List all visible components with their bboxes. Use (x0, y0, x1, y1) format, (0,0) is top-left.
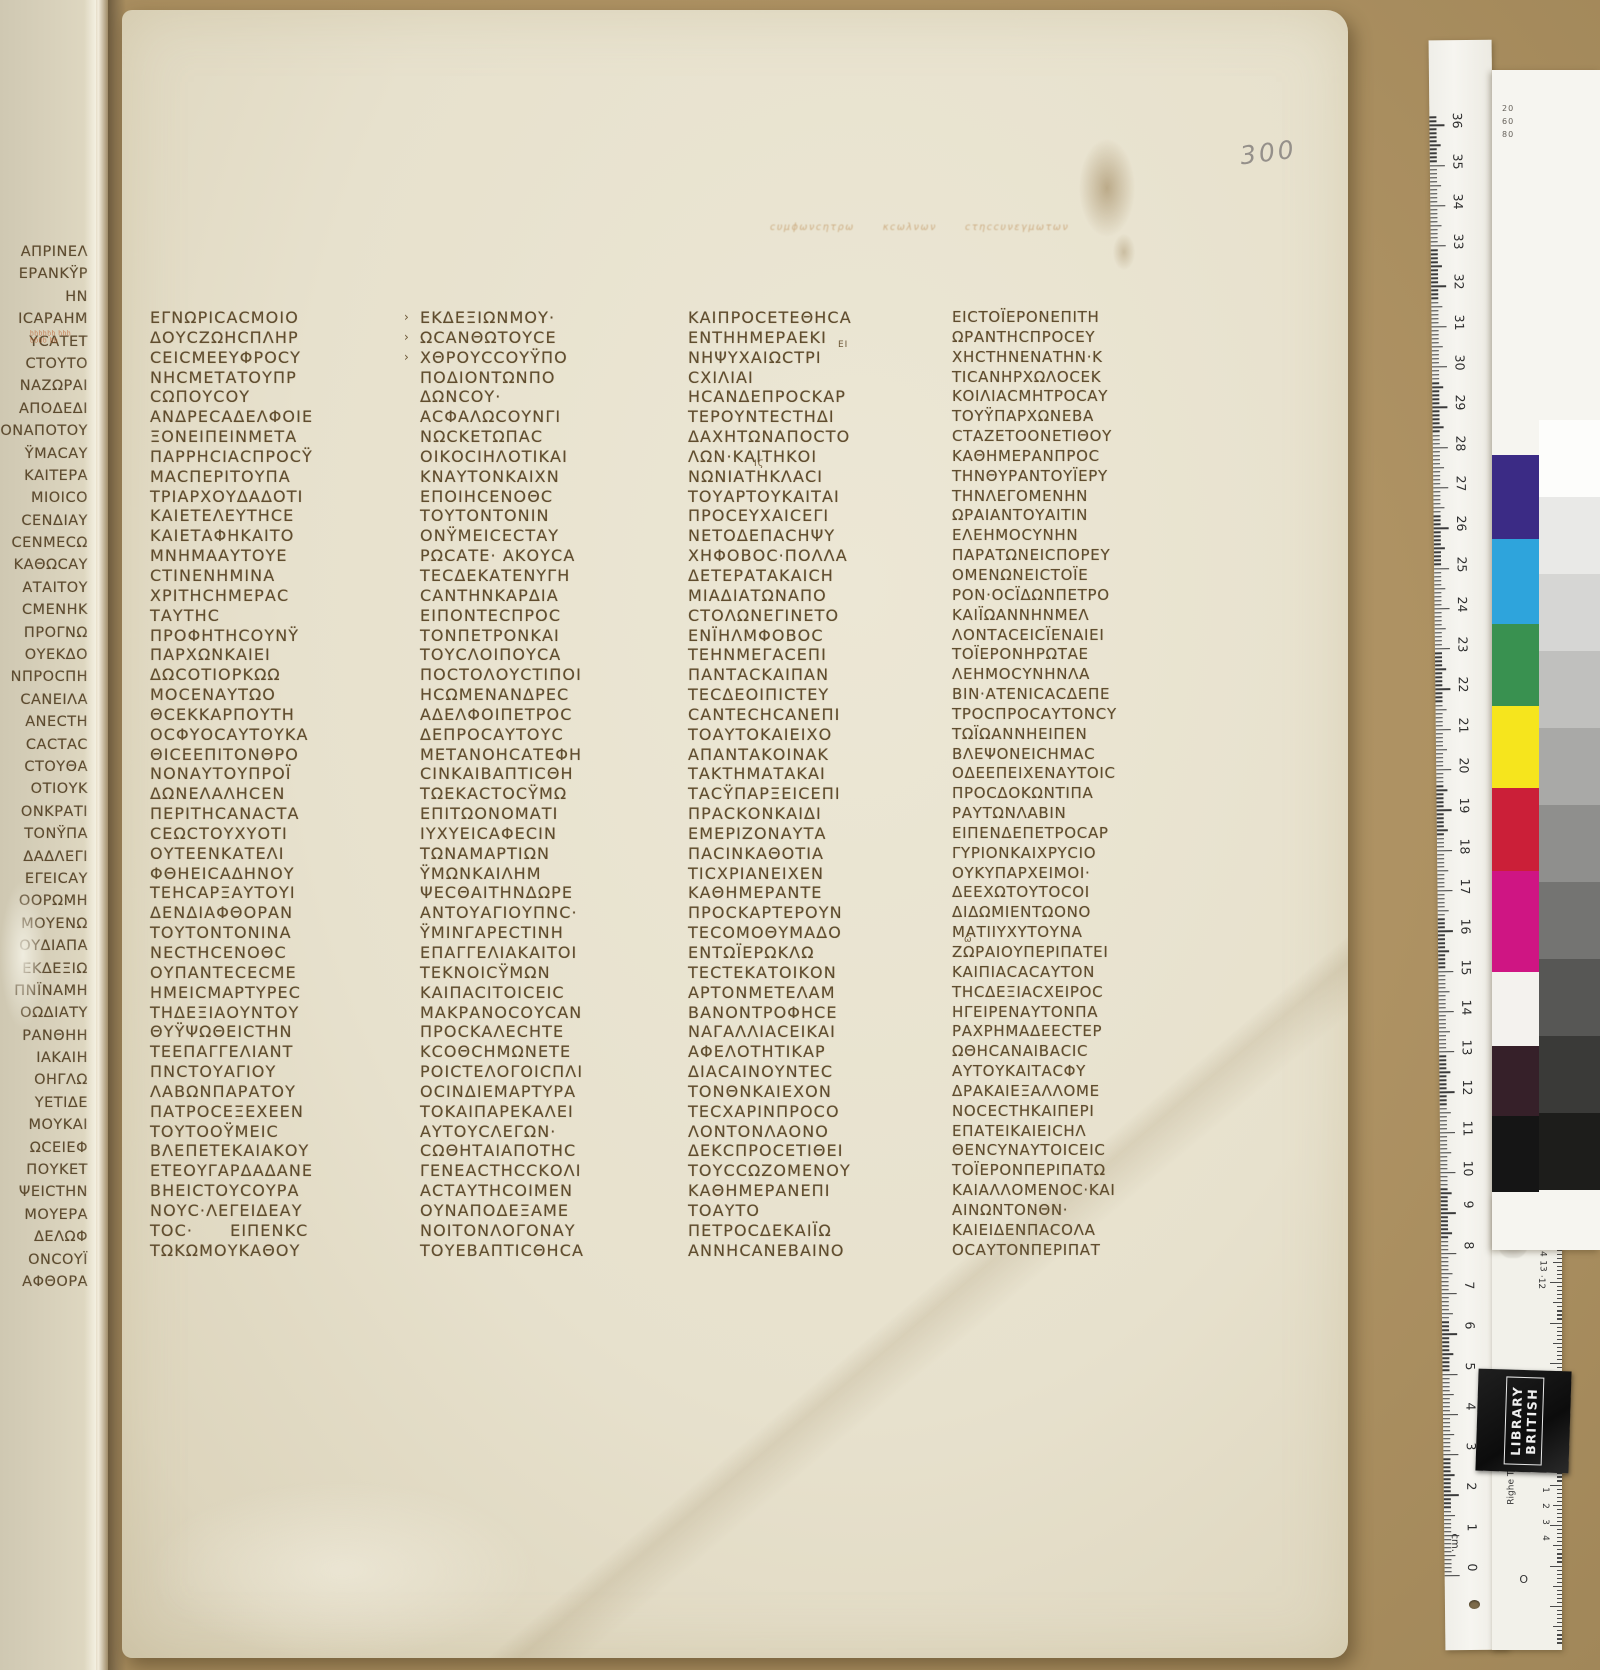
text-line: ΟΥΚΥΠΑΡΧΕΙΜΟΙ· (952, 864, 1117, 884)
text-line: ΟΙΚΟϹΙΗΛΟΤΙΚΑΙ (420, 447, 584, 467)
mm-tick (1437, 870, 1448, 872)
sub-ruler-tick (1557, 1570, 1562, 1571)
cm-tick (1438, 930, 1453, 932)
mm-tick (1434, 531, 1441, 532)
gray-step-5 (1539, 728, 1600, 805)
mm-tick (1435, 693, 1442, 694)
previous-leaf-text-fragments: ΑΠΡΙΝΕΛΕΡΑΝΚΫΡΗΝΙϹΑΡΑΗΜΥϹΑΤΕΤϹΤΟΥΤΟΝΑΖΩΡ… (0, 244, 90, 1296)
strip-line: ϹΤΟΥΘΑ (0, 759, 90, 781)
mm-tick (1436, 733, 1443, 734)
text-line: ΤΟΝΘΝΚΑΙΕΧΟΝ (688, 1082, 852, 1102)
mm-tick (1437, 842, 1444, 843)
mm-tick (1439, 1019, 1446, 1020)
mm-tick (1432, 403, 1439, 404)
text-line: ΟΔΕΕΠΕΙΧΕΝΑΥΤΟΙϹ (952, 764, 1117, 784)
mm-tick (1430, 193, 1437, 194)
strip-line: ΨΕΙϹΤΗΝ (0, 1184, 90, 1206)
text-line: ΝΕϹΤΗϹΕΝΟΘϹ (150, 943, 313, 963)
cm-tick (1438, 971, 1453, 973)
mm-tick (1435, 632, 1442, 633)
british-library-label: LIBRARYBRITISH (1475, 1369, 1571, 1474)
mm-tick (1441, 1225, 1448, 1226)
page-curl-highlight (84, 0, 110, 1670)
mm-tick (1444, 1531, 1451, 1532)
strip-line: ΠΟΥΚΕΤ (0, 1162, 90, 1184)
mm-tick (1441, 1257, 1448, 1258)
mm-tick (1432, 358, 1439, 359)
mm-tick (1438, 947, 1445, 948)
mm-tick (1431, 233, 1438, 234)
ruler-hole (1469, 1600, 1480, 1609)
sub-ruler-tick (1557, 1638, 1562, 1639)
mm-tick (1439, 1003, 1446, 1004)
sub-ruler-tick (1557, 1553, 1562, 1554)
mm-tick (1437, 822, 1444, 823)
cm-tick (1442, 1293, 1457, 1295)
gray-step-6 (1539, 805, 1600, 882)
text-line: ϹΤΟΛΩΝΕΓΙΝΕΤΟ (688, 606, 852, 626)
red-gloss-note: ẖẖẖẖẖẖ ẖẖẖẖẖẖẖ ẖẖ (30, 330, 92, 346)
text-line: ΝΩϹΚΕΤΩΠΑϹ (420, 427, 584, 447)
mm-tick (1436, 725, 1443, 726)
text-line: ΠΑϹΙΝΚΑΘΟΤΙΑ (688, 844, 852, 864)
mm-tick (1440, 1124, 1447, 1125)
text-line: ΘϹΕΚΚΑΡΠΟΥΤΗ (150, 705, 313, 725)
mm-tick (1434, 596, 1441, 597)
mm-tick (1437, 862, 1444, 863)
mm-tick (1438, 914, 1445, 915)
text-line: ΓΕΝΕΑϹΤΗϹϹΚΟΛΙ (420, 1161, 584, 1181)
mm-tick (1439, 1035, 1446, 1036)
cm-number: 29 (1453, 395, 1468, 417)
mm-tick (1438, 943, 1445, 944)
percent-label: 80 (1502, 128, 1514, 141)
sub-ruler-tick (1557, 1598, 1562, 1599)
mm-tick (1436, 741, 1443, 742)
strip-line: ϹΑΝΕΙΛΑ (0, 692, 90, 714)
mm-tick (1433, 463, 1440, 464)
mm-tick (1435, 636, 1442, 637)
sub-ruler-tick (1557, 1537, 1562, 1538)
strip-line: ΑΠΟΔΕΔΙ (0, 401, 90, 423)
cm-number: 6 (1462, 1322, 1477, 1344)
mm-tick (1430, 137, 1437, 138)
mm-tick (1441, 1180, 1448, 1181)
mm-tick (1432, 350, 1439, 351)
mm-tick (1431, 262, 1438, 263)
mm-tick (1430, 157, 1437, 158)
text-line: ΔΕΚϹΠΡΟϹΕΤΙΘΕΙ (688, 1141, 852, 1161)
mm-tick (1434, 519, 1441, 520)
mm-tick (1433, 423, 1440, 424)
parchment-stain (0, 880, 46, 1030)
mm-tick (1440, 1176, 1447, 1177)
text-line: ΔΩΝϹΟΥ· (420, 387, 584, 407)
mm-tick (1442, 1362, 1449, 1363)
cm-tick (1432, 366, 1447, 368)
mm-tick (1431, 265, 1442, 267)
sub-ruler-tick (1557, 1266, 1562, 1267)
superscript-correction: ω̈ (964, 935, 973, 945)
sub-ruler-tick (1550, 1485, 1562, 1486)
mm-tick (1444, 1539, 1451, 1540)
gray-step-1 (1539, 420, 1600, 497)
text-line: ΠΟΔΙΟΝΤΩΝΠΟ (420, 368, 584, 388)
diple-quotation-mark: › (404, 330, 409, 344)
mm-tick (1430, 209, 1437, 210)
mm-tick (1433, 495, 1440, 496)
mm-tick (1438, 951, 1449, 953)
sub-ruler-tick (1557, 1254, 1562, 1255)
mm-tick (1445, 1567, 1452, 1568)
text-line: ΤΟΥΑΡΤΟΥΚΑΙΤΑΙ (688, 487, 852, 507)
mm-tick (1438, 926, 1445, 927)
mm-tick (1433, 431, 1440, 432)
diple-quotation-mark: › (404, 310, 409, 324)
percent-label: 20 (1502, 102, 1514, 115)
mm-tick (1441, 1229, 1448, 1230)
mm-tick (1443, 1398, 1450, 1399)
mm-tick (1432, 342, 1439, 343)
text-line: ΑΝΔΡΕϹΑΔΕΛΦΟΙΕ (150, 407, 313, 427)
text-line: ΛΟΝΤΟΝΛΑΟΝΟ (688, 1122, 852, 1142)
text-line: ΚϹΟΘϹΗΜΩΝΕΤΕ (420, 1042, 584, 1062)
text-line: ΚΑΙΑΛΛΟΜΕΝΟϹ·ΚΑΙ (952, 1181, 1117, 1201)
strip-line: ΔΕΛΩΦ (0, 1229, 90, 1251)
gray-step-7 (1539, 882, 1600, 959)
text-line: ΤΑϹΫΠΑΡΞΕΙϹΕΠΙ (688, 784, 852, 804)
strip-line: ΗΝ (0, 289, 90, 311)
mm-tick (1436, 785, 1443, 786)
sub-ruler-tick (1557, 1582, 1562, 1583)
mm-tick (1435, 620, 1442, 621)
mm-tick (1444, 1470, 1451, 1471)
mm-tick (1439, 995, 1446, 996)
mm-tick (1442, 1358, 1449, 1359)
mm-tick (1435, 612, 1442, 613)
mm-tick (1444, 1559, 1451, 1560)
cm-tick (1437, 850, 1452, 852)
sub-ruler-tick (1557, 1310, 1562, 1311)
text-line: ΚΑΙΪΩΑΝΝΗΝΜΕΛ (952, 606, 1117, 626)
mm-tick (1431, 314, 1438, 315)
mm-tick (1432, 322, 1439, 323)
text-line: ΚΑΘΗΜΕΡΑΝΠΡΟϹ (952, 447, 1117, 467)
text-line: ΠΑΝΤΑϹΚΑΙΠΑΝ (688, 665, 852, 685)
mm-tick (1434, 584, 1441, 585)
text-line: ΠΕΡΙΤΗϹΑΝΑϹΤΑ (150, 804, 313, 824)
mm-tick (1442, 1309, 1449, 1310)
color-patch-green (1492, 624, 1539, 706)
color-patch-violet (1492, 455, 1539, 539)
mm-tick (1438, 934, 1445, 935)
text-line: ΡΟΝ·ΟϹΪΔΩΝΠΕΤΡΟ (952, 586, 1117, 606)
mm-tick (1430, 189, 1437, 190)
mm-tick (1439, 1071, 1450, 1073)
sub-ruler-tick (1557, 1480, 1562, 1481)
mm-tick (1439, 1063, 1446, 1064)
previous-leaf-edge: ΑΠΡΙΝΕΛΕΡΑΝΚΫΡΗΝΙϹΑΡΑΗΜΥϹΑΤΕΤϹΤΟΥΤΟΝΑΖΩΡ… (0, 0, 96, 1670)
text-line: ΙΥΧΥΕΙϹΑΦΕϹΙΝ (420, 824, 584, 844)
mm-tick (1430, 197, 1437, 198)
strip-line: ϹΕΝΜΕϹΩ (0, 535, 90, 557)
mm-tick (1444, 1507, 1451, 1508)
mm-tick (1439, 1031, 1450, 1033)
sub-ruler-tick (1557, 1476, 1562, 1477)
mm-tick (1430, 161, 1437, 162)
mm-tick (1430, 177, 1437, 178)
cm-tick (1443, 1454, 1458, 1456)
cm-tick (1435, 689, 1450, 691)
mm-tick (1440, 1140, 1447, 1141)
mm-tick (1433, 503, 1440, 504)
mm-tick (1431, 302, 1438, 303)
text-line: ΚΟΙΛΙΑϹΜΗΤΡΟϹΑΥ (952, 387, 1117, 407)
text-line: ΕΙΠΕΝΔΕΠΕΤΡΟϹΑΡ (952, 824, 1117, 844)
text-line: ΟϹΦΥΟϹΑΥΤΟΥΚΑ (150, 725, 313, 745)
strip-line: ΙΑΚΑΙΗ (0, 1050, 90, 1072)
text-line: ΚΑΘΗΜΕΡΑΝΤΕ (688, 883, 852, 903)
text-line: ΑΠΑΝΤΑΚΟΙΝΑΚ (688, 745, 852, 765)
text-line: ΤΟΥΤΟΝΤΟΝΙΝΑ (150, 923, 313, 943)
mm-tick (1430, 145, 1441, 147)
text-line: ΠΑΡΡΗϹΙΑϹΠΡΟϹΫ (150, 447, 313, 467)
mm-tick (1432, 346, 1443, 348)
text-line: ΠΟϹΤΟΛΟΥϹΤΙΠΟΙ (420, 665, 584, 685)
mm-tick (1439, 1007, 1446, 1008)
cm-tick (1433, 447, 1448, 449)
cm-number: 26 (1454, 516, 1469, 538)
mm-tick (1436, 713, 1443, 714)
mm-tick (1432, 378, 1439, 379)
text-line: ΔΟΥϹΖΩΗϹΠΛΗΡ (150, 328, 313, 348)
mm-tick (1435, 616, 1442, 617)
mm-tick (1430, 181, 1437, 182)
mm-tick (1434, 592, 1441, 593)
mm-tick (1442, 1321, 1449, 1322)
mm-tick (1440, 1156, 1447, 1157)
text-line: ϹΩΠΟΥϹΟΥ (150, 387, 313, 407)
mm-tick (1440, 1136, 1447, 1137)
cm-tick (1434, 568, 1449, 570)
mm-tick (1433, 499, 1440, 500)
mm-tick (1433, 427, 1444, 429)
sub-ruler-tick (1557, 1339, 1562, 1340)
color-patch-yellow (1492, 706, 1539, 788)
mm-tick (1437, 814, 1444, 815)
diple-quotation-mark: › (404, 350, 409, 364)
text-line: ΑϹΤΑΥΤΗϹΟΙΜΕΝ (420, 1181, 584, 1201)
mm-tick (1436, 749, 1447, 751)
mm-tick (1437, 854, 1444, 855)
strip-line: ΜΟΥΕΡΑ (0, 1207, 90, 1229)
mm-tick (1435, 677, 1442, 678)
mm-tick (1429, 129, 1436, 130)
sub-ruler-tick (1557, 1602, 1562, 1603)
mm-tick (1434, 560, 1441, 561)
mm-tick (1440, 1144, 1447, 1145)
mm-tick (1439, 1023, 1446, 1024)
strip-line: ΝΠΡΟϹΠΗ (0, 669, 90, 691)
sub-ruler-tick (1557, 1359, 1562, 1360)
color-patch-column (1492, 455, 1539, 1192)
mm-tick (1440, 1108, 1447, 1109)
mm-tick (1434, 580, 1441, 581)
mm-tick (1444, 1499, 1451, 1500)
text-line: ΒΛΕΨΟΝΕΙϹΗΜΑϹ (952, 745, 1117, 765)
text-line: ΤΟΑΥΤΟΚΑΙΕΙΧΟ (688, 725, 852, 745)
british-library-label-text: LIBRARYBRITISH (1503, 1376, 1544, 1465)
mm-tick (1431, 253, 1438, 254)
text-line: ΠΡΟΦΗΤΗϹΟΥΝΫ (150, 626, 313, 646)
strip-line: ΑΦΘΟΡΑ (0, 1274, 90, 1296)
mm-tick (1440, 1096, 1447, 1097)
text-line: ΤΕϹΟΜΟΘΥΜΑΔΟ (688, 923, 852, 943)
strip-line: ΑΠΡΙΝΕΛ (0, 244, 90, 266)
mm-tick (1431, 298, 1438, 299)
text-line: ΟΥΤΕΕΝΚΑΤΕΛΙ (150, 844, 313, 864)
mm-tick (1438, 975, 1445, 976)
bottom-scale-number: 1 (1540, 1487, 1550, 1493)
cm-tick (1439, 1011, 1454, 1013)
mm-tick (1440, 1116, 1447, 1117)
manuscript-page: 300 ϲυμϕωνϲητρωκϲωλνωνϲτηϲϲυνεγμωτων ΕΓΝ… (122, 10, 1348, 1658)
mm-tick (1441, 1237, 1448, 1238)
text-line: ΦΘΗΕΙϹΑΔΗΝΟΥ (150, 864, 313, 884)
mm-tick (1431, 241, 1438, 242)
sub-ruler-tick (1557, 1541, 1562, 1542)
mm-tick (1430, 201, 1437, 202)
strip-line: ΟΥΕΚΔΟ (0, 647, 90, 669)
text-line: ΤΟΥΫΠΑΡΧΩΝΕΒΑ (952, 407, 1117, 427)
mm-tick (1432, 411, 1439, 412)
text-line: ΤΕΕΠΑΓΓΕΛΙΑΝΤ (150, 1042, 313, 1062)
mm-tick (1444, 1483, 1451, 1484)
mm-tick (1443, 1418, 1450, 1419)
mm-tick (1431, 306, 1442, 308)
text-line: ΟϹΑΥΤΟΝΠΕΡΙΠΑΤ (952, 1241, 1117, 1261)
text-line: ΤΟΥΕΒΑΠΤΙϹΘΗϹΑ (420, 1241, 584, 1261)
text-line: ΠΑΡΑΤΩΝΕΙϹΠΟΡΕΥ (952, 546, 1117, 566)
mm-tick (1437, 834, 1444, 835)
text-line: ΤΙϹΑΝΗΡΧΩΛΟϹΕΚ (952, 368, 1117, 388)
mm-tick (1442, 1281, 1449, 1282)
mm-tick (1438, 902, 1445, 903)
mm-tick (1432, 399, 1439, 400)
text-line: ΝΗϹΜΕΤΑΤΟΥΠΡ (150, 368, 313, 388)
mm-tick (1431, 270, 1438, 271)
mm-tick (1432, 370, 1439, 371)
mm-tick (1440, 1100, 1447, 1101)
mm-tick (1442, 1346, 1449, 1347)
mm-tick (1439, 1027, 1446, 1028)
text-line: ΤΕϹΧΑΡΙΝΠΡΟϹΟ (688, 1102, 852, 1122)
sub-ruler-tick (1557, 1610, 1562, 1611)
mm-tick (1431, 318, 1438, 319)
mm-tick (1433, 443, 1440, 444)
cm-number: 5 (1463, 1362, 1478, 1384)
mm-tick (1433, 459, 1440, 460)
text-column-1: ΕΓΝΩΡΙϹΑϹΜΟΙΟΔΟΥϹΖΩΗϹΠΛΗΡϹΕΙϹΜΕΕΥΦΡΟϹΥΝΗ… (150, 308, 313, 1261)
mm-tick (1434, 552, 1441, 553)
text-line: ΑϹΦΑΛΩϹΟΥΝΓΙ (420, 407, 584, 427)
cm-tick (1431, 286, 1446, 288)
cm-number: 35 (1450, 153, 1465, 175)
text-line: ΤΕϹΔΕΟΙΠΙϹΤΕΥ (688, 685, 852, 705)
mm-tick (1432, 330, 1439, 331)
sub-ruler-tick (1553, 1343, 1562, 1344)
mm-tick (1434, 511, 1441, 512)
mm-tick (1444, 1555, 1455, 1557)
mm-tick (1443, 1442, 1450, 1443)
sub-ruler-tick (1557, 1642, 1562, 1643)
cm-number: 30 (1452, 354, 1467, 376)
bottom-scale-number: 3 (1540, 1519, 1550, 1525)
text-line: ΤΟΥϹΛΟΙΠΟΥϹΑ (420, 645, 584, 665)
mm-tick (1432, 382, 1439, 383)
text-line: ΤΟΪΕΡΟΝΗΡΩΤΑΕ (952, 645, 1117, 665)
mm-tick (1442, 1329, 1449, 1330)
text-line: ΤΕϹΔΕΚΑΤΕΝΥΓΗ (420, 566, 584, 586)
cm-tick (1439, 1051, 1454, 1053)
text-line: ΕΜΕΡΙΖΟΝΑΥΤΑ (688, 824, 852, 844)
mm-tick (1432, 362, 1439, 363)
text-line: ΛΟΝΤΑϹΕΙϹΪΕΝΑΙΕΙ (952, 626, 1117, 646)
cm-number: 21 (1456, 717, 1471, 739)
text-line: ΔΩΝΕΛΑΛΗϹΕΝ (150, 784, 313, 804)
bottom-scale-number: 4 (1540, 1535, 1550, 1541)
mm-tick (1444, 1478, 1451, 1479)
mm-tick (1435, 640, 1442, 641)
text-line: ΕΤΕΟΥΓΑΡΔΑΔΑΝΕ (150, 1161, 313, 1181)
mm-tick (1438, 906, 1445, 907)
mm-tick (1442, 1305, 1449, 1306)
mm-tick (1442, 1350, 1449, 1351)
mm-tick (1443, 1446, 1450, 1447)
text-line: ΟΥΝΑΠΟΔΕΞΑΜΕ (420, 1201, 584, 1221)
text-line: ΤΗΝΛΕΓΟΜΕΝΗΝ (952, 487, 1117, 507)
text-line: ΔΕΝΔΙΑΦΘΟΡΑΝ (150, 903, 313, 923)
mm-tick (1443, 1378, 1450, 1379)
text-line: ΜΟϹΕΝΑΥΤΩΟ (150, 685, 313, 705)
text-line: ΤΟΝΠΕΤΡΟΝΚΑΙ (420, 626, 584, 646)
sub-ruler-tick (1557, 1549, 1562, 1550)
mm-tick (1431, 225, 1442, 227)
mm-tick (1441, 1261, 1448, 1262)
cm-tick (1440, 1092, 1455, 1094)
cm-tick (1436, 729, 1451, 731)
mm-tick (1430, 213, 1437, 214)
cm-tick (1443, 1414, 1458, 1416)
sub-ruler-tick (1557, 1278, 1562, 1279)
text-line: ΟϹΙΝΔΙΕΜΑΡΤΥΡΑ (420, 1082, 584, 1102)
mm-tick (1443, 1430, 1450, 1431)
mm-tick (1443, 1426, 1450, 1427)
text-line: ΩΡΑΝΤΗϹΠΡΟϹΕΥ (952, 328, 1117, 348)
mm-tick (1444, 1466, 1451, 1467)
text-line: ΩΡΑΙΑΝΤΟΥΑΙΤΙΝ (952, 506, 1117, 526)
text-line: ΝΟΥϹ·ΛΕΓΕΙΔΕΑΥ (150, 1201, 313, 1221)
gray-step-2 (1539, 497, 1600, 574)
sub-ruler-tick (1557, 1298, 1562, 1299)
sub-ruler-tick (1557, 1517, 1562, 1518)
cm-number: 27 (1454, 475, 1469, 497)
mm-tick (1436, 781, 1443, 782)
sub-ruler-tick (1550, 1606, 1562, 1607)
mm-tick (1438, 987, 1445, 988)
strip-line: ΕΡΑΝΚΫΡ (0, 266, 90, 288)
mm-tick (1440, 1104, 1447, 1105)
